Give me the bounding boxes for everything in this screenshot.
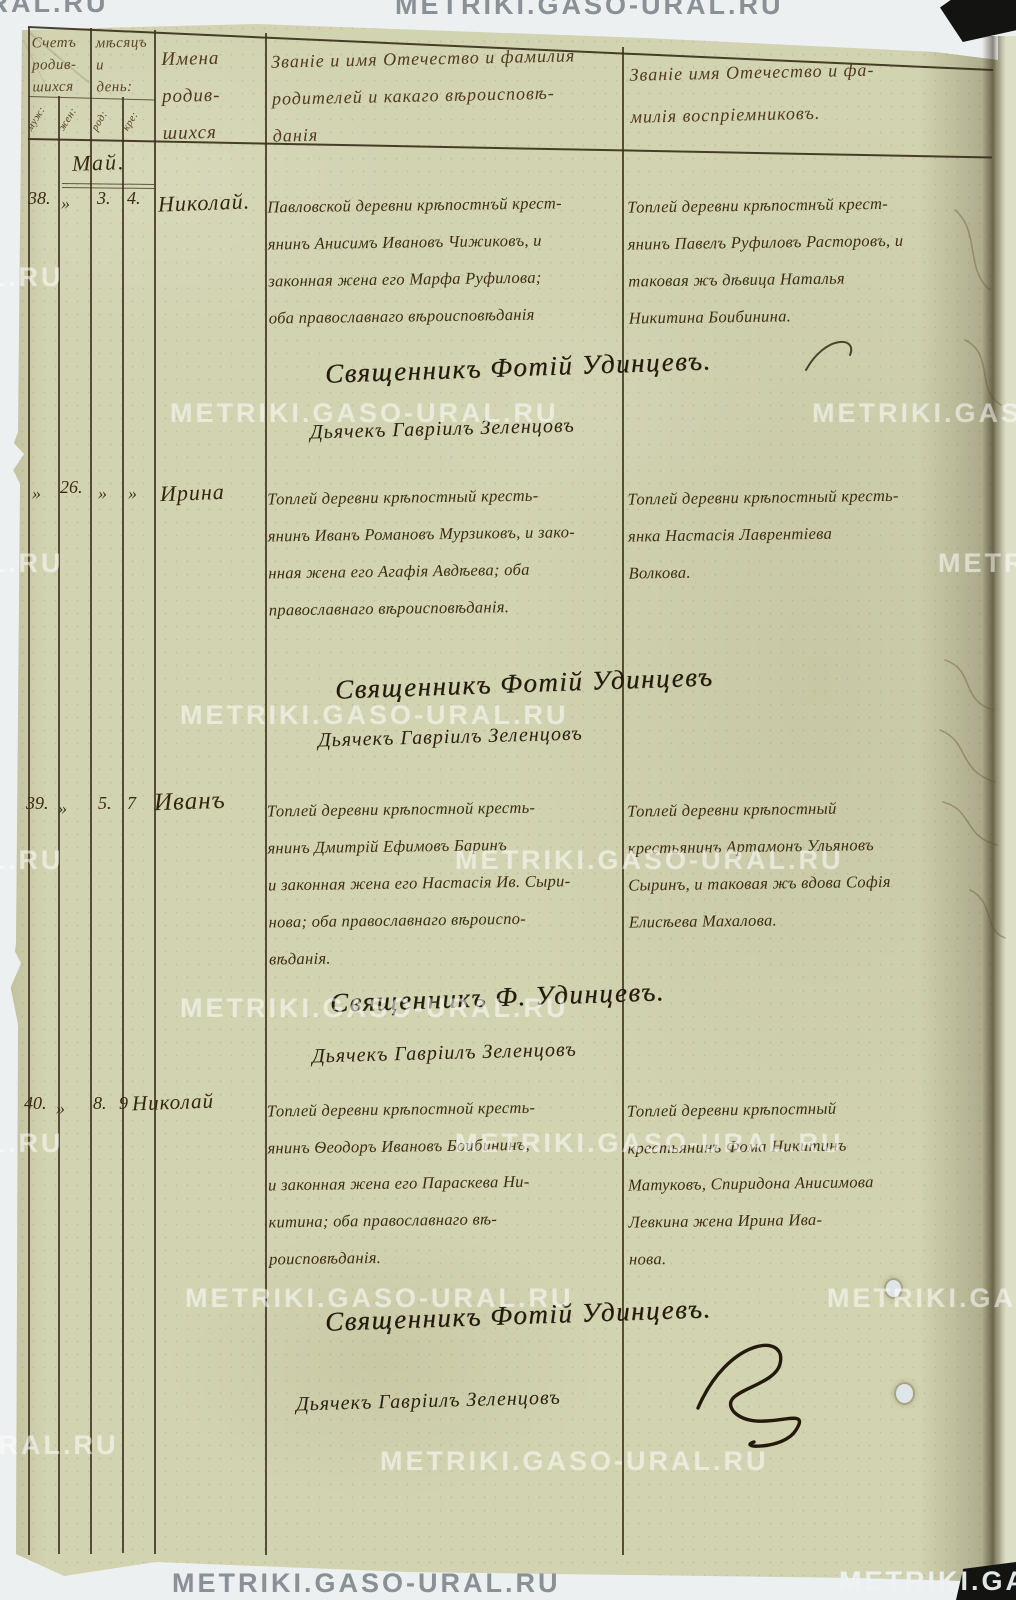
site-watermark: METRIKI.GASO-URAL.RU <box>0 262 63 293</box>
site-watermark: METRIKI.GASO-URAL.RU <box>0 845 63 876</box>
site-watermark: METRIKI.GASO-URAL.RU <box>172 1568 560 1599</box>
site-watermark: METRIKI.GASO-URAL.RU <box>180 700 568 731</box>
site-watermark: METRIKI.GASO-URAL.RU <box>395 0 783 21</box>
site-watermark: METRIKI.GASO-URAL.RU <box>0 0 108 19</box>
site-watermark: METRIKI.GASO-URAL.RU <box>455 1128 843 1159</box>
site-watermark: METRIKI.GASO-URAL.RU <box>185 1283 573 1314</box>
worm-hole <box>896 1384 913 1403</box>
site-watermark: METRIKI.GASO-URAL.RU <box>839 1566 1016 1597</box>
ink-flourish <box>688 1330 838 1455</box>
metrical-book-scan: Счетъ родив- шихся мѣсяцъ и день: Имена … <box>0 0 1016 1600</box>
site-watermark: METRIKI.GASO-URAL.RU <box>0 1128 63 1159</box>
site-watermark: METRIKI.GASO-URAL.RU <box>180 993 568 1024</box>
site-watermark: METRIKI.GASO-URAL.RU <box>0 548 63 579</box>
site-watermark: METRIKI.GASO-URAL.RU <box>380 1446 768 1477</box>
site-watermark: METRIKI.GASO-URAL.RU <box>170 398 558 429</box>
site-watermark: METRIKI.GASO-URAL.RU <box>938 548 1016 579</box>
watermark-layer: METRIKI.GASO-URAL.RUMETRIKI.GASO-URAL.RU… <box>0 0 1016 1600</box>
ink-flourish <box>800 330 870 380</box>
site-watermark: METRIKI.GASO-URAL.RU <box>0 1430 118 1461</box>
site-watermark: METRIKI.GASO-URAL.RU <box>455 845 843 876</box>
site-watermark: METRIKI.GASO-URAL.RU <box>827 1283 1016 1314</box>
bleed-through-marks <box>935 190 1015 970</box>
site-watermark: METRIKI.GASO-URAL.RU <box>812 398 1016 429</box>
